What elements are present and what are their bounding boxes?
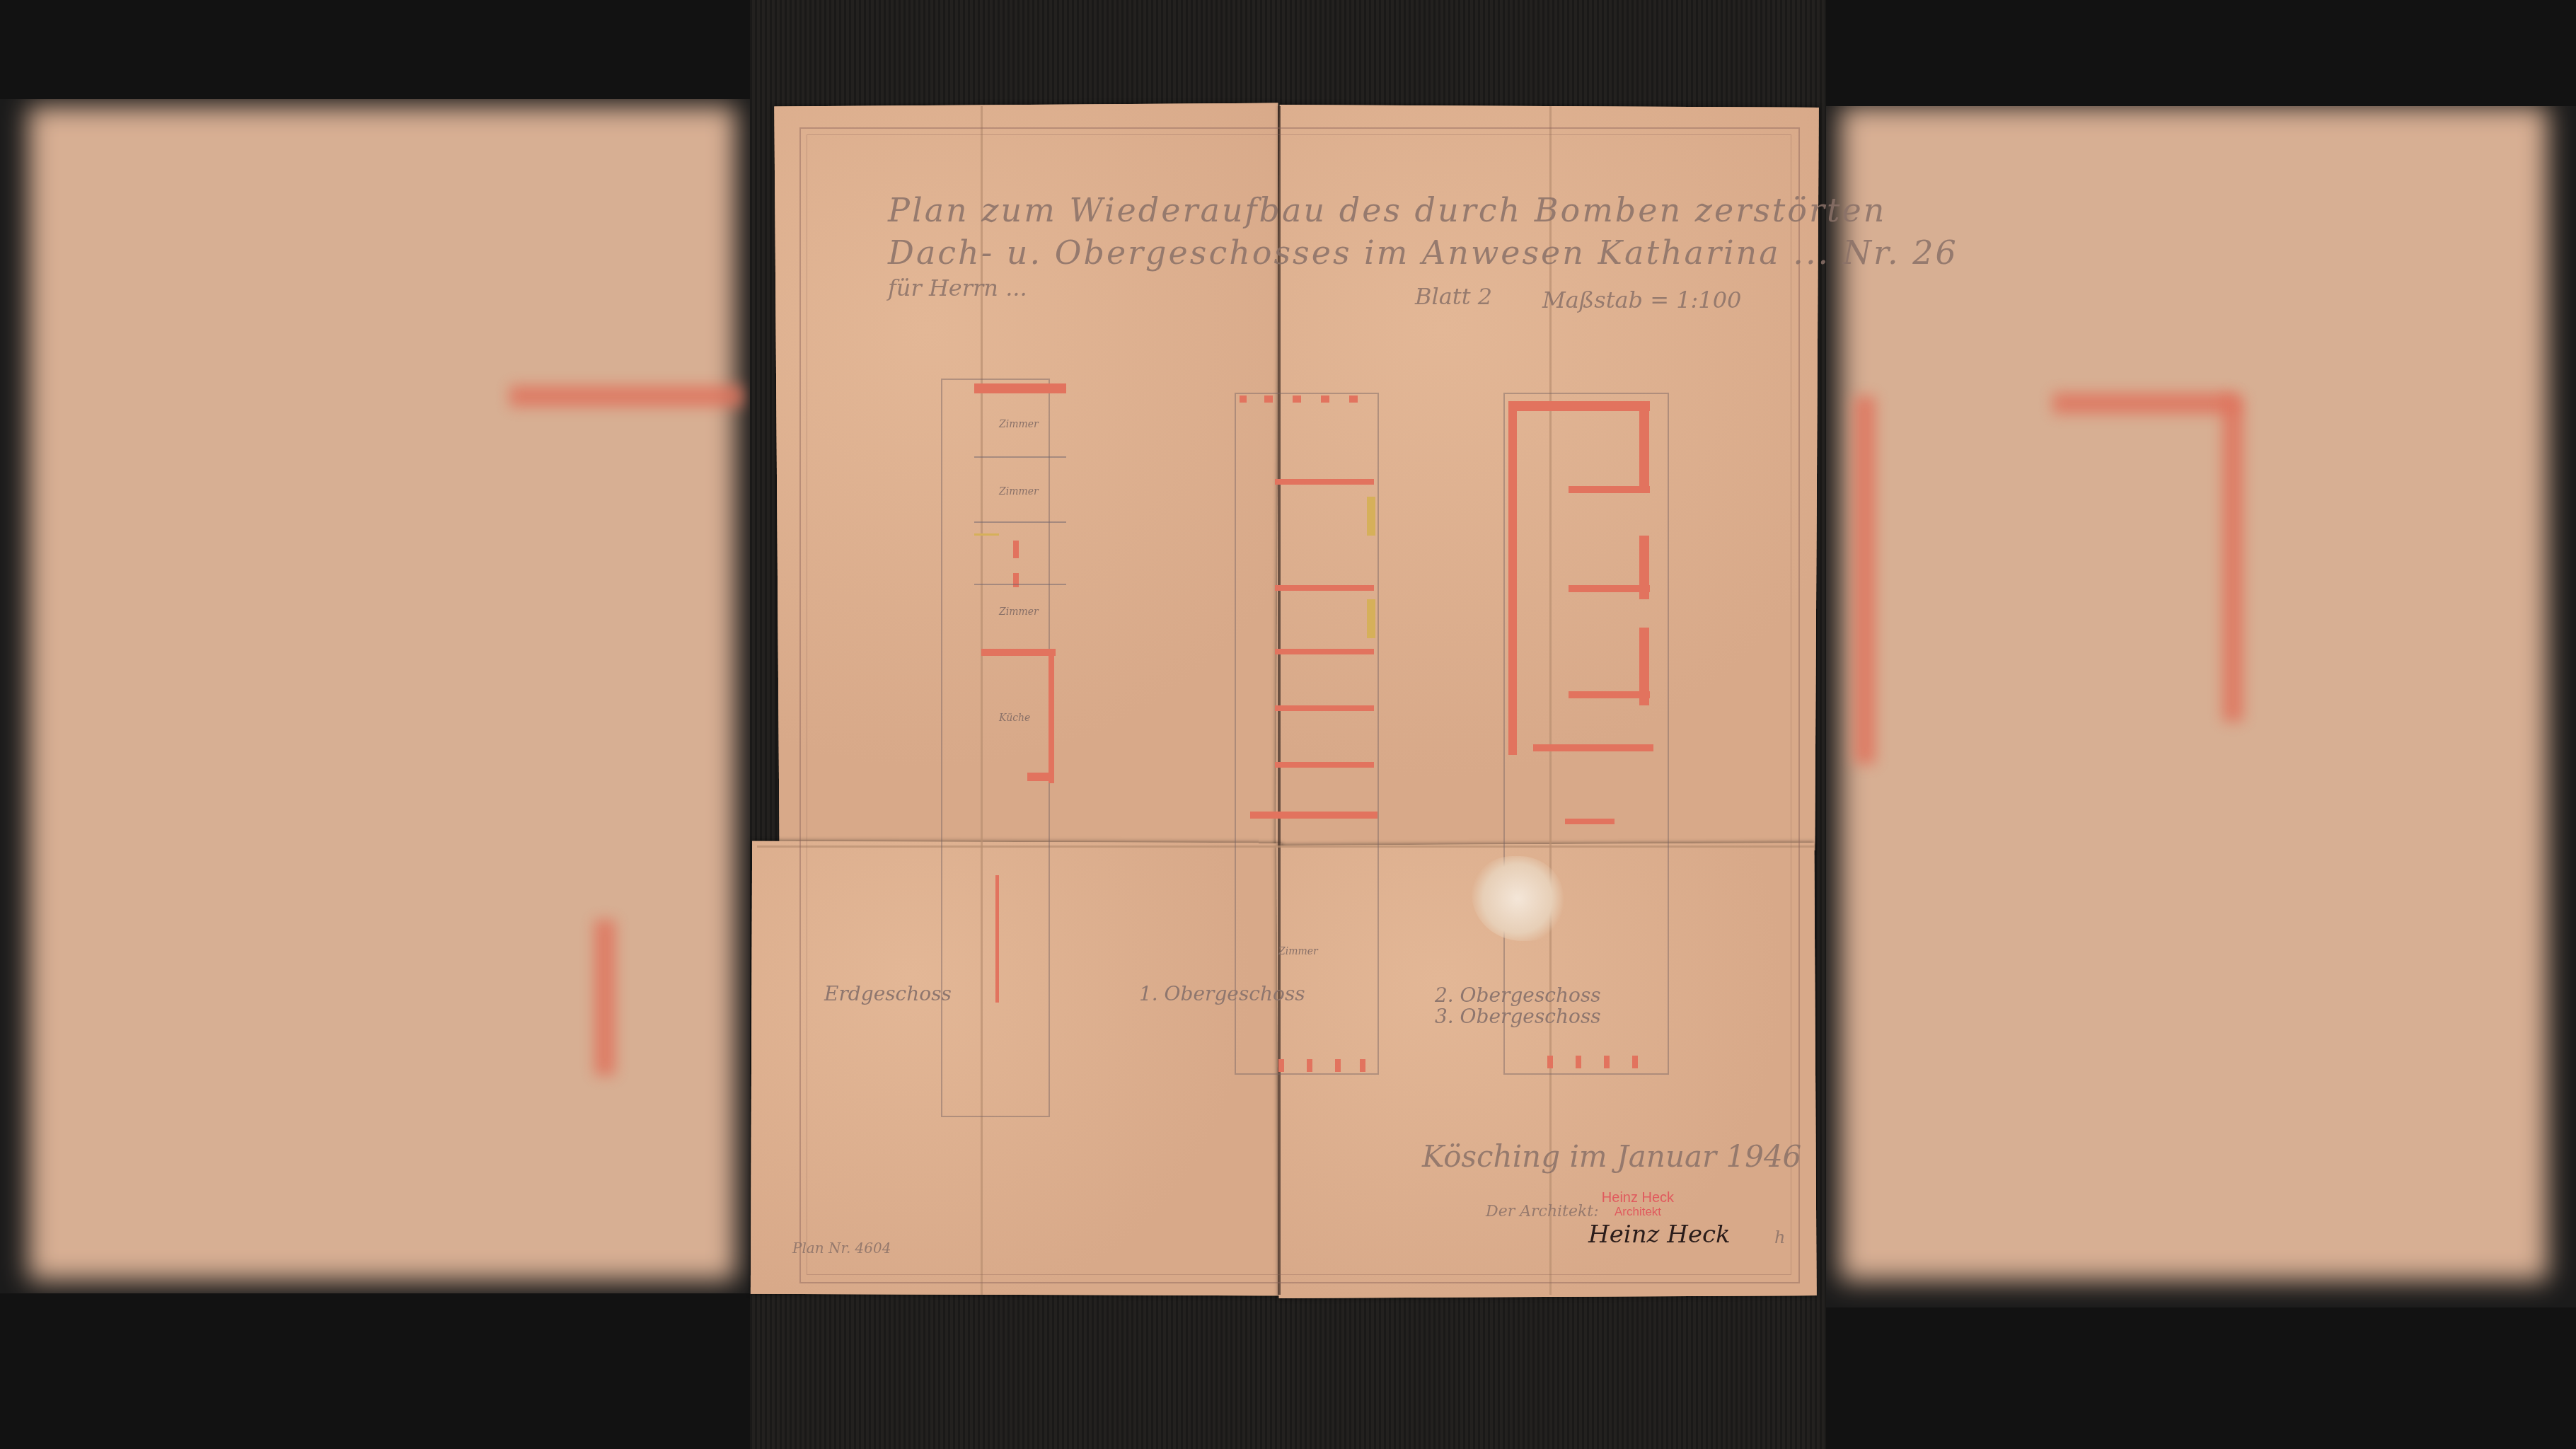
architect-prefix: Der Architekt:	[1486, 1203, 1599, 1220]
wall-yellow	[1367, 497, 1375, 536]
dark-bar-bottom	[0, 1293, 750, 1449]
floor-label-erdgeschoss: Erdgeschoss	[824, 982, 952, 1005]
architect-stamp: Heinz Heck Architekt	[1585, 1191, 1691, 1218]
wall-segment	[1508, 401, 1650, 411]
wall-segment	[1049, 649, 1054, 783]
partition	[974, 456, 1066, 458]
wall-segment	[1275, 649, 1374, 654]
wall-segment	[1569, 691, 1650, 698]
wall-segment	[1565, 819, 1615, 824]
blurred-background-left	[0, 0, 750, 1449]
wall-segment	[1533, 744, 1653, 751]
dark-bar-bottom	[1826, 1307, 2576, 1449]
architect-signature: Heinz Heck	[1588, 1220, 1731, 1249]
room-label: Zimmer	[1278, 946, 1318, 957]
floor-plan-erdgeschoss: Zimmer Zimmer Zimmer Küche	[941, 379, 1050, 1117]
wall-segment	[1293, 396, 1301, 403]
wall-segment	[1360, 1059, 1365, 1072]
wall-segment	[1576, 1056, 1581, 1068]
plan-number: Plan Nr. 4604	[792, 1240, 891, 1257]
wall-segment	[1275, 762, 1374, 768]
room-label: Zimmer	[999, 419, 1039, 430]
wall-segment	[1639, 401, 1649, 486]
scale-label: Maßstab = 1:100	[1542, 287, 1741, 313]
wall-segment	[981, 649, 1056, 656]
wall-segment	[1275, 585, 1374, 591]
wall-segment	[1013, 573, 1019, 587]
wall-segment	[1013, 541, 1019, 558]
wall-segment	[1547, 1056, 1553, 1068]
title-line-2: Dach- u. Obergeschosses im Anwesen Katha…	[888, 233, 1958, 272]
blurred-paper-right	[1840, 106, 2548, 1281]
wall-segment	[995, 875, 999, 1003]
room-label: Zimmer	[999, 486, 1039, 497]
partition	[974, 521, 1066, 523]
blurred-background-right	[1826, 0, 2576, 1449]
wall-segment	[1569, 486, 1650, 493]
stamp-name: Heinz Heck	[1585, 1191, 1691, 1206]
wall-segment	[1275, 705, 1374, 711]
wall-segment	[1264, 396, 1273, 403]
wall-segment	[1027, 773, 1054, 781]
wall-segment	[1604, 1056, 1610, 1068]
ghost-wall	[2222, 396, 2243, 722]
wall-segment	[1349, 396, 1358, 403]
title-line-1: Plan zum Wiederaufbau des durch Bomben z…	[888, 191, 1886, 229]
wall-yellow	[974, 533, 999, 536]
floor-label-1-og: 1. Obergeschoss	[1139, 982, 1305, 1005]
floor-plan-1-obergeschoss: Zimmer	[1235, 393, 1379, 1075]
ghost-wall	[1854, 396, 1876, 764]
floor-plan-2-3-obergeschoss	[1503, 393, 1669, 1075]
stamp-role: Architekt	[1585, 1206, 1691, 1218]
wall-yellow	[1367, 599, 1375, 638]
wall-segment	[1508, 401, 1517, 755]
ghost-wall	[2052, 393, 2236, 414]
partition	[974, 584, 1066, 585]
room-label: Zimmer	[999, 606, 1039, 618]
wall-segment	[1321, 396, 1329, 403]
floor-label-2-og: 2. Obergeschoss	[1435, 983, 1601, 1007]
initial-mark: h	[1774, 1228, 1785, 1247]
sheet-number: Blatt 2	[1415, 283, 1492, 310]
wall-segment	[1275, 479, 1374, 485]
floor-label-3-og: 3. Obergeschoss	[1435, 1005, 1601, 1028]
dark-bar-top	[0, 0, 750, 99]
wall-segment	[1569, 585, 1650, 592]
ghost-wall	[594, 920, 616, 1075]
ghost-wall	[509, 386, 743, 407]
title-line-3: für Herrn ...	[888, 275, 1027, 301]
wall-segment	[1335, 1059, 1341, 1072]
wall-segment	[1632, 1056, 1638, 1068]
wall-segment	[1278, 1059, 1284, 1072]
wall-segment	[1307, 1059, 1312, 1072]
wall-segment	[974, 383, 1066, 393]
wall-segment	[1240, 396, 1247, 403]
room-label: Küche	[999, 712, 1030, 724]
wall-segment	[1250, 812, 1377, 819]
place-date: Kösching im Januar 1946	[1422, 1139, 1801, 1174]
dark-bar-top	[1826, 0, 2576, 106]
blurred-paper-left	[28, 106, 736, 1281]
